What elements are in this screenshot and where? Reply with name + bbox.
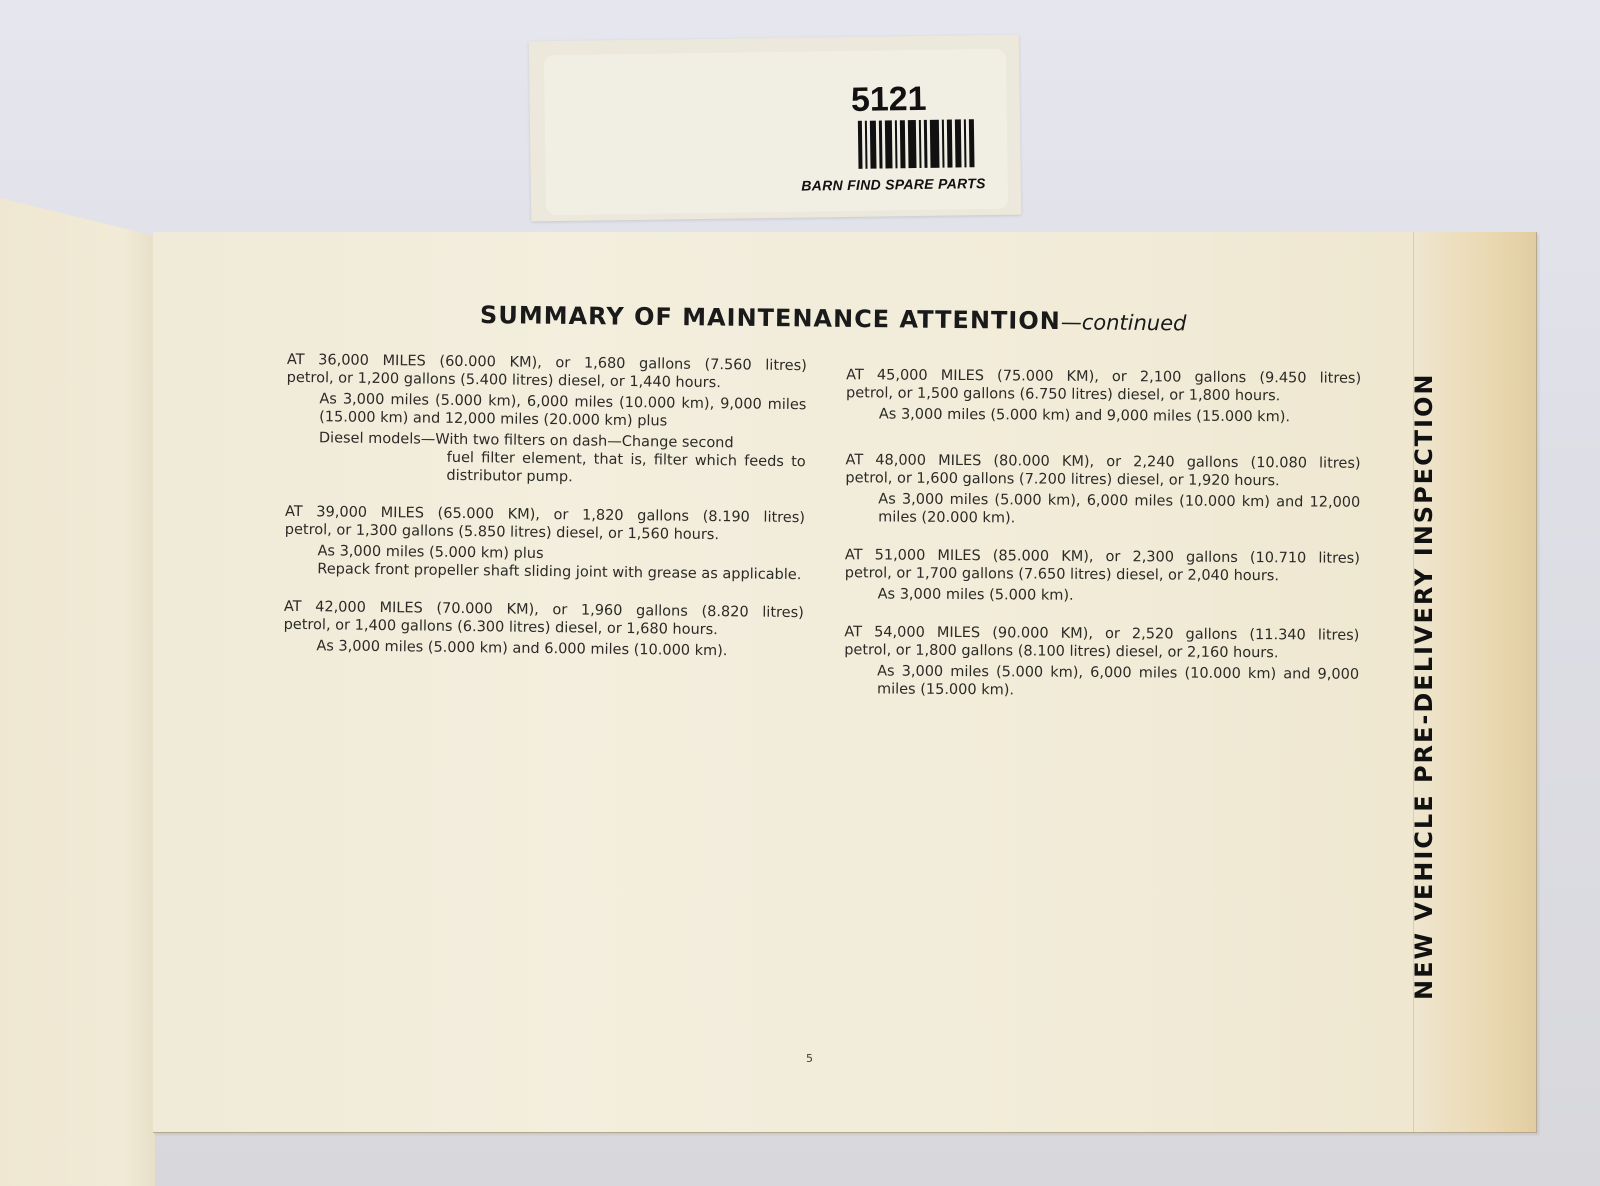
entry-line-2: petrol, or 1,300 gallons (5.850 litres) … — [285, 522, 719, 543]
right-column: AT 45,000 MILES (75.000 KM), or 2,100 ga… — [844, 366, 1361, 722]
left-page — [0, 198, 155, 1186]
entry-detail: As 3,000 miles (5.000 km), 6,000 miles (… — [286, 390, 806, 432]
left-column: AT 36,000 MILES (60.000 KM), or 1,680 ga… — [283, 351, 807, 681]
entry-detail: As 3,000 miles (5.000 km), 6,000 miles (… — [845, 490, 1360, 530]
entry-line-2: petrol, or 1,800 gallons (8.100 litres) … — [844, 642, 1278, 661]
maintenance-entry: AT 54,000 MILES (90.000 KM), or 2,520 ga… — [844, 623, 1360, 702]
entry-line-2: petrol, or 1,500 gallons (6.750 litres) … — [846, 385, 1280, 404]
barcode-icon — [858, 119, 978, 169]
entry-line-1: AT 51,000 MILES (85.000 KM), or 2,300 ga… — [845, 546, 1360, 568]
entry-line-1: AT 48,000 MILES (80.000 KM), or 2,240 ga… — [846, 451, 1361, 473]
maintenance-entry: AT 36,000 MILES (60.000 KM), or 1,680 ga… — [285, 351, 807, 489]
entry-detail: As 3,000 miles (5.000 km). — [845, 585, 1360, 607]
maintenance-entry: AT 45,000 MILES (75.000 KM), or 2,100 ga… — [846, 366, 1361, 427]
entry-line-1: AT 45,000 MILES (75.000 KM), or 2,100 ga… — [846, 366, 1361, 388]
entry-detail: As 3,000 miles (5.000 km) and 6.000 mile… — [283, 637, 803, 661]
page-title-suffix: —continued — [1061, 310, 1187, 335]
entry-line-2: petrol, or 1,600 gallons (7.200 litres) … — [845, 470, 1279, 489]
entry-line-2: petrol, or 1,700 gallons (7.650 litres) … — [845, 565, 1279, 584]
diesel-note: Diesel models—With two filters on dash—C… — [285, 429, 806, 489]
entry-line-1: AT 54,000 MILES (90.000 KM), or 2,520 ga… — [844, 623, 1359, 645]
maintenance-entry: AT 42,000 MILES (70.000 KM), or 1,960 ga… — [283, 598, 804, 661]
page-number: 5 — [806, 1052, 813, 1065]
maintenance-entry: AT 39,000 MILES (65.000 KM), or 1,820 ga… — [284, 503, 805, 584]
maintenance-entry: AT 48,000 MILES (80.000 KM), or 2,240 ga… — [845, 451, 1361, 530]
diesel-note-text: fuel filter element, that is, filter whi… — [318, 447, 805, 489]
maintenance-entry: AT 51,000 MILES (85.000 KM), or 2,300 ga… — [845, 546, 1360, 607]
entry-detail: As 3,000 miles (5.000 km) and 9,000 mile… — [846, 405, 1361, 427]
inventory-sticker: 5121 BARN FIND SPARE PARTS — [544, 49, 1008, 215]
side-tab-title: NEW VEHICLE PRE-DELIVERY INSPECTION — [1410, 360, 1450, 1000]
sticker-brand: BARN FIND SPARE PARTS — [801, 175, 986, 194]
entry-detail: As 3,000 miles (5.000 km), 6,000 miles (… — [844, 662, 1359, 702]
entry-line-2: petrol, or 1,400 gallons (6.300 litres) … — [284, 617, 718, 638]
sticker-number: 5121 — [851, 80, 927, 120]
entry-line-2: petrol, or 1,200 gallons (5.400 litres) … — [287, 370, 721, 391]
